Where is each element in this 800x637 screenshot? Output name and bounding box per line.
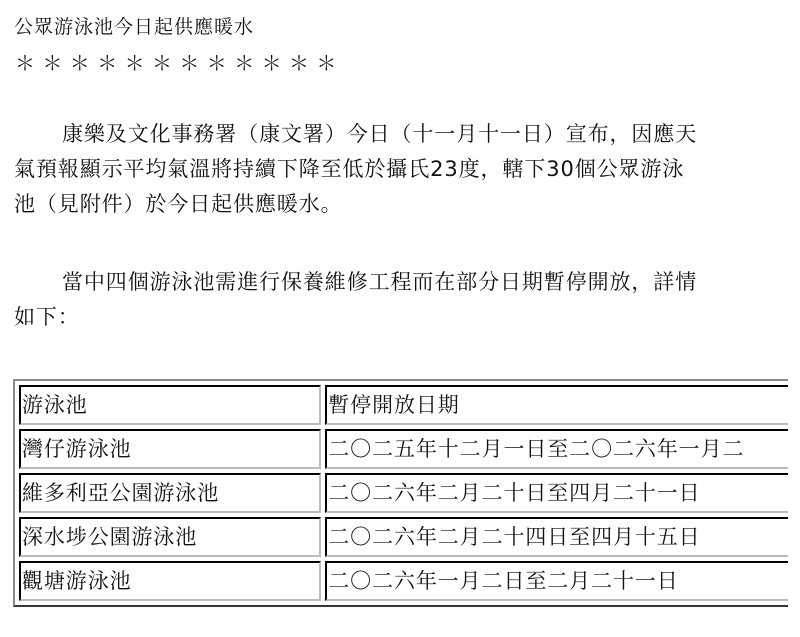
title-separator: ＊＊＊＊＊＊＊＊＊＊＊＊: [15, 52, 344, 74]
closure-table-container: 游泳池 暫停開放日期 灣仔游泳池 二〇二五年十二月一日至二〇二六年一月二 維多利…: [13, 379, 788, 610]
header-pool: 游泳池: [19, 385, 321, 425]
paragraph-line: 氣預報顯示平均氣溫將持續下降至低於攝氏23度，轄下30個公眾游泳: [14, 152, 794, 187]
table-header-row: 游泳池 暫停開放日期: [19, 385, 788, 425]
table-row: 觀塘游泳池 二〇二六年一月二日至二月二十一日: [19, 561, 788, 601]
cell-pool-name: 維多利亞公園游泳池: [19, 473, 321, 513]
table-row: 維多利亞公園游泳池 二〇二六年二月二十日至四月二十一日: [19, 473, 788, 513]
press-release-page: 公眾游泳池今日起供應暖水 ＊＊＊＊＊＊＊＊＊＊＊＊ 康樂及文化事務署（康文署）今…: [0, 0, 800, 637]
table-row: 灣仔游泳池 二〇二五年十二月一日至二〇二六年一月二: [19, 429, 788, 469]
paragraph-closures: 當中四個游泳池需進行保養維修工程而在部分日期暫停開放，詳情 如下：: [14, 265, 794, 335]
paragraph-announcement: 康樂及文化事務署（康文署）今日（十一月十一日）宣布，因應天 氣預報顯示平均氣溫將…: [14, 117, 794, 222]
cell-closure-dates: 二〇二六年二月二十日至四月二十一日: [325, 473, 788, 513]
paragraph-line: 如下：: [14, 300, 794, 335]
paragraph-line: 池（見附件）於今日起供應暖水。: [14, 187, 794, 222]
paragraph-line: 當中四個游泳池需進行保養維修工程而在部分日期暫停開放，詳情: [14, 265, 794, 300]
page-title: 公眾游泳池今日起供應暖水: [14, 14, 254, 40]
cell-pool-name: 觀塘游泳池: [19, 561, 321, 601]
cell-closure-dates: 二〇二五年十二月一日至二〇二六年一月二: [325, 429, 788, 469]
cell-closure-dates: 二〇二六年一月二日至二月二十一日: [325, 561, 788, 601]
closure-table: 游泳池 暫停開放日期 灣仔游泳池 二〇二五年十二月一日至二〇二六年一月二 維多利…: [13, 379, 788, 607]
paragraph-line: 康樂及文化事務署（康文署）今日（十一月十一日）宣布，因應天: [14, 117, 794, 152]
cell-pool-name: 灣仔游泳池: [19, 429, 321, 469]
header-closure-dates: 暫停開放日期: [325, 385, 788, 425]
cell-pool-name: 深水埗公園游泳池: [19, 517, 321, 557]
cell-closure-dates: 二〇二六年二月二十四日至四月十五日: [325, 517, 788, 557]
table-row: 深水埗公園游泳池 二〇二六年二月二十四日至四月十五日: [19, 517, 788, 557]
